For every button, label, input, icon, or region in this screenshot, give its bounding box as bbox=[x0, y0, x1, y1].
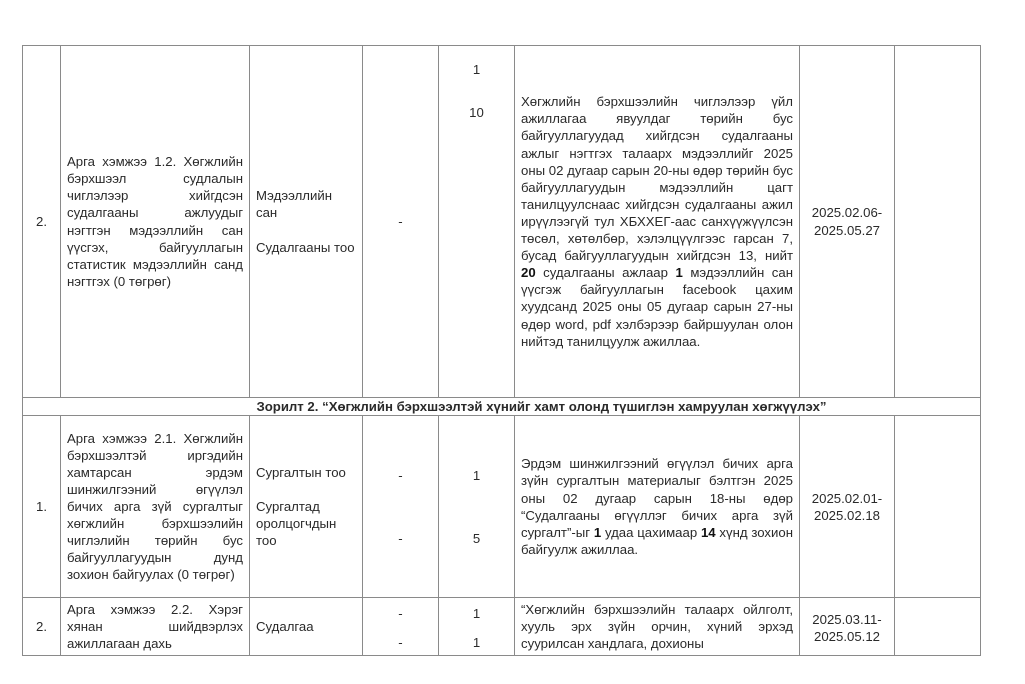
baseline-cell: - - bbox=[363, 416, 439, 598]
activity-description: Арга хэмжээ 1.2. Хөгжлийн бэрхшээл судла… bbox=[61, 46, 250, 398]
action-plan-report-table: 2. Арга хэмжээ 1.2. Хөгжлийн бэрхшээл су… bbox=[22, 45, 981, 656]
target-cell: 1 10 bbox=[439, 46, 515, 398]
activity-description: Арга хэмжээ 2.2. Хэрэг хянан шийдвэрлэх … bbox=[61, 598, 250, 656]
indicator-label: Судалгааны тоо bbox=[256, 239, 356, 256]
target-cell: 1 5 bbox=[439, 416, 515, 598]
activity-description: Арга хэмжээ 2.1. Хөгжлийн бэрхшээлтэй ир… bbox=[61, 416, 250, 598]
indicator-label: Мэдээллийн сан bbox=[256, 187, 356, 221]
indicator-cell: Мэдээллийн сан Судалгааны тоо bbox=[250, 46, 363, 398]
row-number: 1. bbox=[23, 416, 61, 598]
indicator-label: Судалгаа bbox=[256, 619, 314, 634]
table-row: 1. Арга хэмжээ 2.1. Хөгжлийн бэрхшээлтэй… bbox=[23, 416, 981, 598]
target-value: 1 bbox=[473, 634, 480, 651]
target-value: 10 bbox=[469, 104, 484, 121]
implementation-period: 2025.02.01-2025.02.18 bbox=[800, 416, 895, 598]
baseline-value: - bbox=[398, 530, 402, 547]
row-number: 2. bbox=[23, 598, 61, 656]
target-value: 1 bbox=[473, 467, 480, 484]
baseline-cell: - - bbox=[363, 598, 439, 656]
result-description: “Хөгжлийн бэрхшээлийн талаарх ойлголт, х… bbox=[515, 598, 800, 656]
indicator-label: Сургалтад оролцогчдын тоо bbox=[256, 498, 356, 549]
target-value: 1 bbox=[473, 61, 480, 78]
objective-heading-text: Зорилт 2. “Хөгжлийн бэрхшээлтэй хүнийг х… bbox=[256, 399, 826, 414]
note-cell bbox=[895, 598, 981, 656]
table-row: 2. Арга хэмжээ 1.2. Хөгжлийн бэрхшээл су… bbox=[23, 46, 981, 398]
row-number: 2. bbox=[23, 46, 61, 398]
note-cell bbox=[895, 46, 981, 398]
baseline-value: - bbox=[398, 467, 402, 484]
note-cell bbox=[895, 416, 981, 598]
result-description: Хөгжлийн бэрхшээлийн чиглэлээр үйл ажилл… bbox=[515, 46, 800, 398]
objective-heading-row: Зорилт 2. “Хөгжлийн бэрхшээлтэй хүнийг х… bbox=[23, 398, 981, 416]
table-row: 2. Арга хэмжээ 2.2. Хэрэг хянан шийдвэрл… bbox=[23, 598, 981, 656]
target-cell: 1 1 bbox=[439, 598, 515, 656]
baseline-value: - bbox=[398, 634, 402, 651]
baseline-value: - bbox=[363, 46, 439, 398]
indicator-cell: Сургалтын тоо Сургалтад оролцогчдын тоо bbox=[250, 416, 363, 598]
target-value: 1 bbox=[473, 605, 480, 622]
implementation-period: 2025.02.06-2025.05.27 bbox=[800, 46, 895, 398]
result-description: Эрдэм шинжилгээний өгүүлэл бичих арга зү… bbox=[515, 416, 800, 598]
target-value: 5 bbox=[473, 530, 480, 547]
document-page: 2. Арга хэмжээ 1.2. Хөгжлийн бэрхшээл су… bbox=[0, 0, 1025, 684]
objective-heading: Зорилт 2. “Хөгжлийн бэрхшээлтэй хүнийг х… bbox=[23, 398, 981, 416]
indicator-cell: Судалгаа bbox=[250, 598, 363, 656]
baseline-value: - bbox=[398, 605, 402, 622]
implementation-period: 2025.03.11-2025.05.12 bbox=[800, 598, 895, 656]
indicator-label: Сургалтын тоо bbox=[256, 464, 356, 481]
